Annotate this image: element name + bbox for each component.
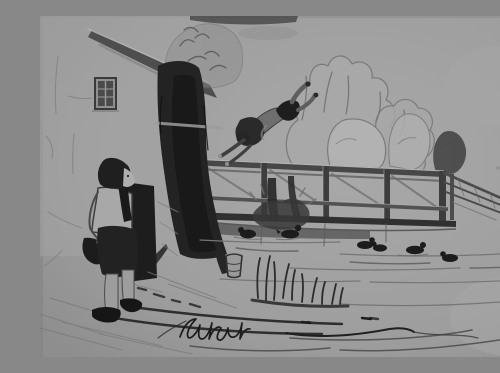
- illustration: [40, 16, 500, 357]
- pot: [226, 254, 242, 278]
- cottage-window: [92, 78, 119, 111]
